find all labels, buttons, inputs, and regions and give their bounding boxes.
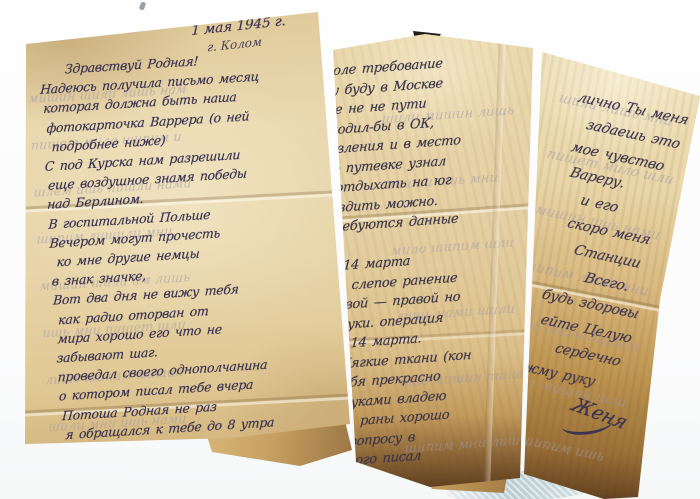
handwriting-lines: Здравствуй Родная!Надеюсь получила письм… xyxy=(38,48,280,445)
photo-canvas: шили лишь мнипишет мило шлимишин ишь нам… xyxy=(0,0,700,499)
letter-page-middle: шили мишин лишьпишли ишь мнимило шипим ш… xyxy=(333,34,533,487)
signature-flourish xyxy=(562,418,615,436)
letter-page-left: 1 мая 1945 г. г. Колом мишин шили лишь н… xyxy=(24,10,352,446)
letter-page-right: шили лишь мнипишет мило шлимишин ишь нам… xyxy=(520,52,700,499)
dust-speck xyxy=(139,1,146,10)
